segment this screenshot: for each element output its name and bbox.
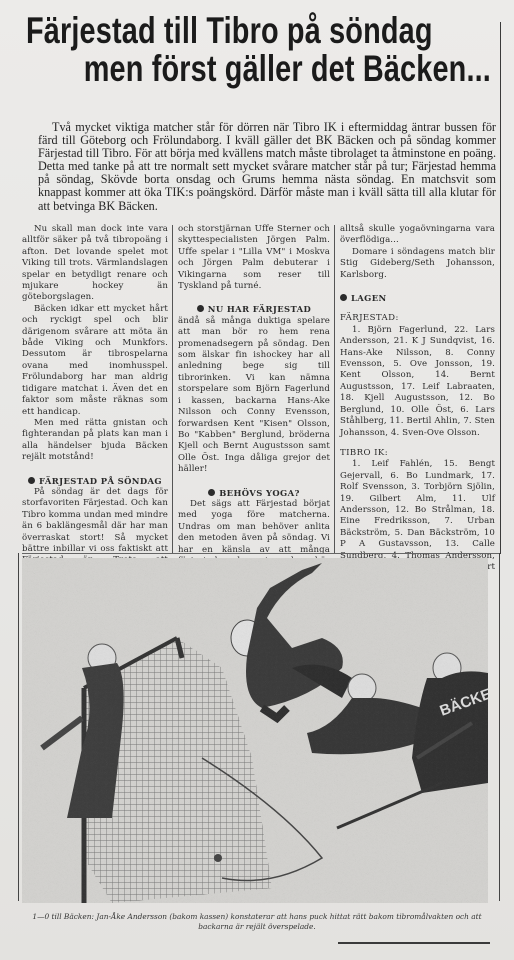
article-column-1: Nu skall man dock inte vara alltför säke… [22,224,168,590]
subheading: FÄRJESTAD PÅ SÖNDAG [22,476,168,487]
body-paragraph: Men med rätta gnistan och fighterandan p… [22,418,168,464]
headline: Färjestad till Tibro på söndag men först… [26,12,397,88]
hockey-scene-illustration: BÄCKEN [22,558,488,903]
bullet-icon [197,305,204,312]
article-column-2: och storstjärnan Uffe Sterner och skytte… [178,224,330,590]
team-roster-farjestad: 1. Björn Fagerlund, 22. Lars Andersson, … [340,325,495,439]
hockey-photo: BÄCKEN [22,558,488,903]
subheading: NU HAR FÄRJESTAD [178,304,330,315]
bullet-icon [340,294,347,301]
team-label-tibro: TIBRO IK: [340,448,495,459]
body-paragraph: alltså skulle yogaövningarna vara överfl… [340,224,495,247]
column-rule-right [500,22,501,554]
lede-paragraph: Två mycket viktiga matcher står för dörr… [38,121,496,213]
subheading: LAGEN [340,293,495,304]
photo-caption: 1—0 till Bäcken: Jan-Åke Andersson (bako… [22,912,492,932]
headline-line-2: men först gäller det Bäcken... [26,50,397,88]
subheading: BEHÖVS YOGA? [178,488,330,499]
team-label-farjestad: FÄRJESTAD: [340,313,495,324]
body-paragraph: ändå så många duktiga spelare att man bö… [178,316,330,476]
newspaper-page: Färjestad till Tibro på söndag men först… [0,0,514,960]
column-divider-2 [334,225,335,553]
bullet-icon [208,489,215,496]
article-column-3: alltså skulle yogaövningarna vara överfl… [340,224,495,585]
headline-line-1: Färjestad till Tibro på söndag [26,12,397,50]
bottom-rule [338,942,490,944]
body-paragraph: Bäcken idkar ett mycket hårt och ryckigt… [22,304,168,418]
body-paragraph: Domare i söndagens match blir Stig Gideb… [340,247,495,281]
body-paragraph: Nu skall man dock inte vara alltför säke… [22,224,168,304]
bullet-icon [28,477,35,484]
column-divider-1 [172,225,173,553]
body-paragraph: och storstjärnan Uffe Sterner och skytte… [178,224,330,292]
